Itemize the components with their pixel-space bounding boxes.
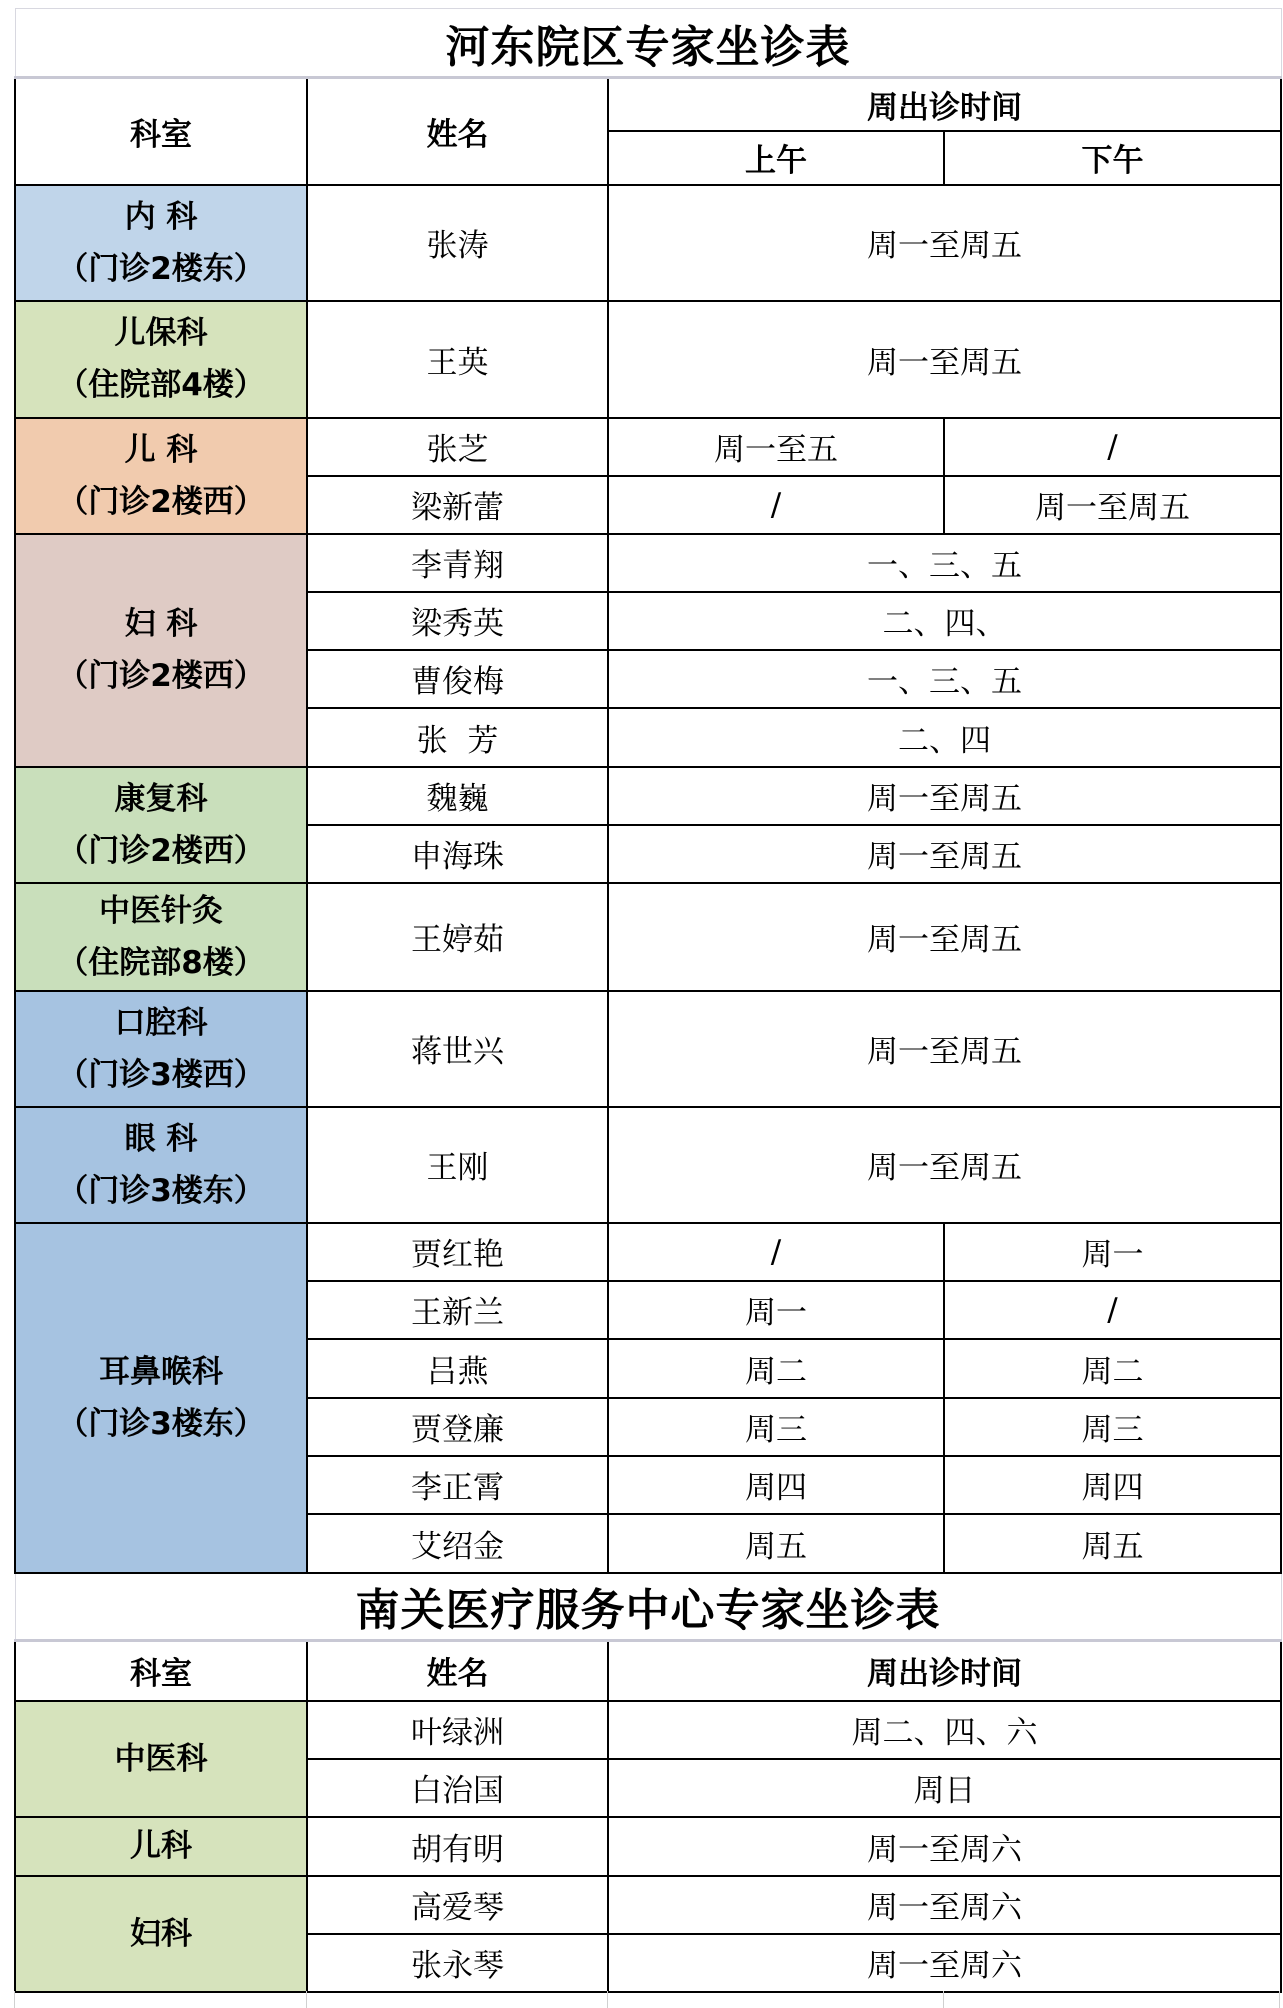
doctor-name: 张芝 [307, 418, 608, 476]
morning-cell: / [608, 476, 944, 534]
table-row: 儿保科 （住院部4楼） 王英 周一至周五 [15, 301, 1281, 418]
morning-cell: 周三 [608, 1398, 944, 1456]
dept-cell-neike: 内 科 （门诊2楼东） [15, 185, 307, 301]
dept-cell-erke: 儿 科 （门诊2楼西） [15, 418, 307, 534]
dept-location: （门诊2楼西） [16, 476, 306, 528]
table-row: 内 科 （门诊2楼东） 张涛 周一至周五 [15, 185, 1281, 301]
doctor-name: 王新兰 [307, 1281, 608, 1339]
schedule-cell: 周一至周六 [608, 1934, 1281, 1992]
schedule-cell: 一、三、五 [608, 534, 1281, 592]
header-name: 姓名 [307, 1641, 608, 1701]
dept-name: 儿 科 [125, 432, 198, 468]
afternoon-cell: 周三 [944, 1398, 1281, 1456]
schedule-cell: 周一至周五 [608, 185, 1281, 301]
dept-name: 耳鼻喉科 [99, 1354, 223, 1390]
dept-cell-erbao: 儿保科 （住院部4楼） [15, 301, 307, 418]
schedule-cell: 一、三、五 [608, 650, 1281, 708]
doctor-name: 叶绿洲 [307, 1701, 608, 1759]
header-morning: 上午 [608, 131, 944, 185]
afternoon-cell: 周四 [944, 1456, 1281, 1514]
dept-name: 眼 科 [125, 1121, 198, 1157]
dept-location: （门诊2楼西） [16, 650, 306, 702]
table-row: 妇科 高爱琴 周一至周六 [15, 1876, 1281, 1934]
afternoon-cell: 周一至周五 [944, 476, 1281, 534]
schedule-cell: 周一至周五 [608, 991, 1281, 1107]
dept-location: （门诊3楼西） [16, 1049, 306, 1101]
doctor-name: 李正霄 [307, 1456, 608, 1514]
dept-location: （住院部8楼） [16, 937, 306, 989]
dept-cell-fuke: 妇 科 （门诊2楼西） [15, 534, 307, 767]
dept-cell-fuke-nanguan: 妇科 [15, 1876, 307, 1992]
doctor-name: 吕燕 [307, 1339, 608, 1398]
schedule-cell: 周一至周六 [608, 1876, 1281, 1934]
doctor-name: 王刚 [307, 1107, 608, 1223]
doctor-name: 王英 [307, 301, 608, 418]
table-row: 中医针灸 （住院部8楼） 王婷茹 周一至周五 [15, 883, 1281, 991]
dept-cell-zhongyi: 中医科 [15, 1701, 307, 1817]
dept-name: 口腔科 [115, 1005, 208, 1041]
doctor-name: 李青翔 [307, 534, 608, 592]
doctor-name: 白治国 [307, 1759, 608, 1817]
dept-name: 中医针灸 [99, 893, 223, 929]
header-schedule: 周出诊时间 [608, 78, 1281, 131]
dept-location: （门诊2楼西） [16, 825, 306, 877]
dept-cell-kangfu: 康复科 （门诊2楼西） [15, 767, 307, 883]
table-row: 口腔科 （门诊3楼西） 蒋世兴 周一至周五 [15, 991, 1281, 1107]
dept-name: 内 科 [125, 199, 198, 235]
doctor-name: 高爱琴 [307, 1876, 608, 1934]
dept-cell-yanke: 眼 科 （门诊3楼东） [15, 1107, 307, 1223]
table-row: 儿科 胡有明 周一至周六 [15, 1817, 1281, 1876]
gridline [306, 1991, 307, 2008]
doctor-name: 胡有明 [307, 1817, 608, 1876]
doctor-name: 艾绍金 [307, 1514, 608, 1573]
dept-location: （门诊2楼东） [16, 243, 306, 295]
table-row: 眼 科 （门诊3楼东） 王刚 周一至周五 [15, 1107, 1281, 1223]
schedule-cell: 周一至周五 [608, 767, 1281, 825]
schedule-cell: 周日 [608, 1759, 1281, 1817]
header-dept: 科室 [15, 78, 307, 185]
afternoon-cell: 周二 [944, 1339, 1281, 1398]
dept-name: 中医科 [115, 1741, 208, 1777]
header-afternoon: 下午 [944, 131, 1281, 185]
gridline [1279, 1991, 1280, 2008]
morning-cell: / [608, 1223, 944, 1281]
afternoon-cell: 周一 [944, 1223, 1281, 1281]
hedong-table-title: 河东院区专家坐诊表 [15, 9, 1281, 78]
dept-name: 妇科 [130, 1916, 192, 1952]
doctor-name: 张永琴 [307, 1934, 608, 1992]
afternoon-cell: / [944, 1281, 1281, 1339]
sheet-gridlines-continuation [14, 1991, 1280, 2008]
morning-cell: 周一至五 [608, 418, 944, 476]
schedule-cell: 二、四、 [608, 592, 1281, 650]
doctor-name: 申海珠 [307, 825, 608, 883]
dept-name: 儿科 [130, 1828, 192, 1864]
morning-cell: 周一 [608, 1281, 944, 1339]
morning-cell: 周五 [608, 1514, 944, 1573]
table-row: 妇 科 （门诊2楼西） 李青翔 一、三、五 [15, 534, 1281, 592]
header-dept: 科室 [15, 1641, 307, 1701]
dept-cell-zhenjiu: 中医针灸 （住院部8楼） [15, 883, 307, 991]
dept-location: （门诊3楼东） [16, 1165, 306, 1217]
schedule-cell: 周一至周五 [608, 1107, 1281, 1223]
schedule-cell: 周一至周五 [608, 825, 1281, 883]
schedule-cell: 周一至周五 [608, 883, 1281, 991]
dept-cell-kouqiang: 口腔科 （门诊3楼西） [15, 991, 307, 1107]
table-row: 耳鼻喉科 （门诊3楼东） 贾红艳 / 周一 [15, 1223, 1281, 1281]
nanguan-table-title: 南关医疗服务中心专家坐诊表 [15, 1573, 1281, 1641]
header-schedule: 周出诊时间 [608, 1641, 1281, 1701]
morning-cell: 周二 [608, 1339, 944, 1398]
doctor-name: 张涛 [307, 185, 608, 301]
gridline [607, 1991, 608, 2008]
schedule-cell: 周二、四、六 [608, 1701, 1281, 1759]
gridline [14, 1991, 15, 2008]
table-row: 中医科 叶绿洲 周二、四、六 [15, 1701, 1281, 1759]
hedong-schedule-table: 河东院区专家坐诊表 科室 姓名 周出诊时间 上午 下午 内 科 （门诊2楼东） … [14, 8, 1282, 1993]
doctor-name: 梁新蕾 [307, 476, 608, 534]
dept-location: （住院部4楼） [16, 359, 306, 411]
dept-name: 儿保科 [115, 315, 208, 351]
doctor-name: 贾红艳 [307, 1223, 608, 1281]
dept-name: 妇 科 [125, 606, 198, 642]
schedule-cell: 二、四 [608, 708, 1281, 767]
afternoon-cell: 周五 [944, 1514, 1281, 1573]
doctor-name: 蒋世兴 [307, 991, 608, 1107]
doctor-name: 曹俊梅 [307, 650, 608, 708]
dept-cell-erbihou: 耳鼻喉科 （门诊3楼东） [15, 1223, 307, 1573]
morning-cell: 周四 [608, 1456, 944, 1514]
schedule-sheet: 河东院区专家坐诊表 科室 姓名 周出诊时间 上午 下午 内 科 （门诊2楼东） … [14, 8, 1280, 1993]
dept-name: 康复科 [115, 781, 208, 817]
dept-location: （门诊3楼东） [16, 1398, 306, 1450]
dept-cell-erke-nanguan: 儿科 [15, 1817, 307, 1876]
doctor-name: 魏巍 [307, 767, 608, 825]
schedule-cell: 周一至周六 [608, 1817, 1281, 1876]
doctor-name: 张 芳 [307, 708, 608, 767]
table-row: 儿 科 （门诊2楼西） 张芝 周一至五 / [15, 418, 1281, 476]
doctor-name: 梁秀英 [307, 592, 608, 650]
afternoon-cell: / [944, 418, 1281, 476]
doctor-name: 贾登廉 [307, 1398, 608, 1456]
header-name: 姓名 [307, 78, 608, 185]
table-row: 康复科 （门诊2楼西） 魏巍 周一至周五 [15, 767, 1281, 825]
schedule-cell: 周一至周五 [608, 301, 1281, 418]
gridline [943, 1991, 944, 2008]
doctor-name: 王婷茹 [307, 883, 608, 991]
